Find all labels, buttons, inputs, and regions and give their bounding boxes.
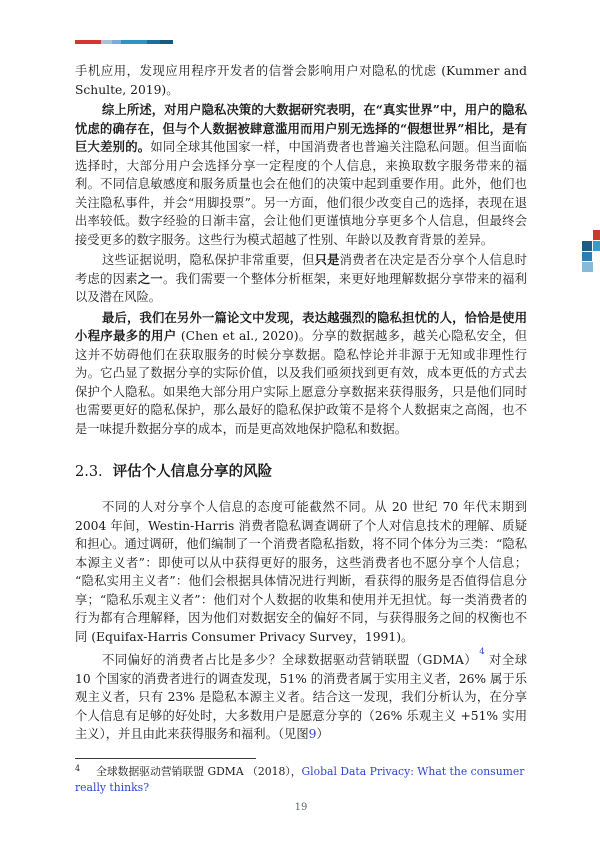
mosaic-square-steel (582, 252, 592, 261)
footnote-rule (75, 758, 256, 759)
section-number: 2.3. (75, 464, 103, 480)
page-number: 19 (75, 802, 527, 813)
paragraph-finally: 最后，我们在另外一篇论文中发现，表达越强烈的隐私担忧的人，恰恰是使用小程序最多的… (75, 309, 527, 439)
paragraph-continuation: 手机应用，发现应用程序开发者的信誉会影响用户对隐私的忧虑 (Kummer and… (75, 62, 527, 99)
footnote: 4全球数据驱动营销联盟 GDMA （2018），Global Data Priv… (75, 765, 527, 795)
paragraph-text: 不同的人对分享个人信息的态度可能截然不同。从 20 世纪 70 年代末期到 20… (75, 500, 527, 644)
footnote-ref-link[interactable]: 4 (479, 647, 484, 657)
paragraph-text: 手机应用，发现应用程序开发者的信誉会影响用户对隐私的忧虑 (Kummer and… (75, 64, 527, 97)
top-accent-bar (75, 40, 173, 44)
paragraph-text: ） (316, 727, 328, 741)
paragraph-text: 如同全球其他国家一样，中国消费者也普遍关注隐私问题。但当面临选择时，大部分用户会… (75, 140, 527, 247)
body-text: 手机应用，发现应用程序开发者的信誉会影响用户对隐私的忧虑 (Kummer and… (75, 62, 527, 746)
paragraph-text: 这些证据说明，隐私保护非常重要，但 (102, 253, 315, 267)
paragraph-text: 不同偏好的消费者占比是多少？全球数据驱动营销联盟（GDMA） (102, 653, 477, 667)
accent-segment-mid (147, 40, 160, 44)
footnote-text: 全球数据驱动营销联盟 GDMA （2018）， (96, 765, 301, 778)
bold-emphasis: 只是 (315, 252, 340, 267)
mosaic-square-blue (593, 241, 600, 251)
section-heading: 2.3.评估个人信息分享的风险 (75, 462, 527, 482)
paragraph-evidence: 这些证据说明，隐私保护非常重要，但只是消费者在决定是否分享个人信息时考虑的因素之… (75, 251, 527, 307)
footnote-area: 4全球数据驱动营销联盟 GDMA （2018），Global Data Priv… (75, 758, 527, 795)
mosaic-square-red (593, 230, 600, 240)
mosaic-square-sky (582, 262, 593, 272)
mosaic-square-navy (582, 241, 592, 251)
paragraph-summary: 综上所述，对用户隐私决策的大数据研究表明，在“真实世界”中，用户的隐私忧虑的确存… (75, 101, 527, 249)
section-title: 评估个人信息分享的风险 (113, 463, 273, 480)
accent-segment-red (75, 40, 101, 44)
accent-segment-pale (101, 40, 112, 44)
paper-page: 手机应用，发现应用程序开发者的信誉会影响用户对隐私的忧虑 (Kummer and… (0, 0, 600, 848)
bold-emphasis: 之一 (138, 271, 163, 286)
accent-segment-navy (160, 40, 173, 44)
paragraph-westin-harris: 不同的人对分享个人信息的态度可能截然不同。从 20 世纪 70 年代末期到 20… (75, 498, 527, 646)
footnote-marker: 4 (75, 764, 80, 773)
accent-segment-cyan (121, 40, 147, 44)
accent-segment-light (112, 40, 121, 44)
paragraph-text: (Chen et al., 2020)。分享的数据越多，越关心隐私安全，但这并不… (75, 329, 527, 436)
paragraph-gdma: 不同偏好的消费者占比是多少？全球数据驱动营销联盟（GDMA）4 对全球 10 个… (75, 648, 527, 744)
